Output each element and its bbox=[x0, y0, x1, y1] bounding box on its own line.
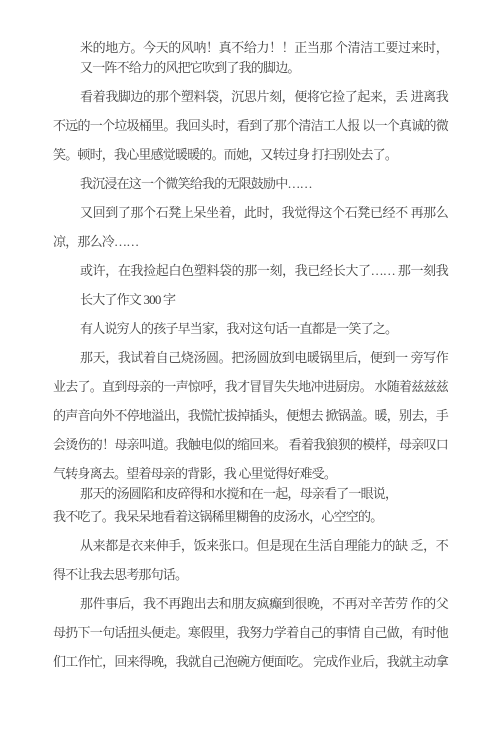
text-line: 米的地方。今天的风呐！真不给力！！正当那 个清洁工要过来时， bbox=[53, 38, 448, 58]
text-line: 看着我脚边的那个塑料袋，沉思片刻，便将它捡了起来，丢 进离我 bbox=[53, 87, 448, 107]
text-line: 我沉浸在这一个微笑给我的无限鼓励中…… bbox=[53, 174, 448, 194]
text-line: 长大了作文 300 字 bbox=[53, 290, 448, 310]
text-line: 凉，那么冷…… bbox=[53, 232, 448, 252]
text-line: 有人说穷人的孩子早当家，我对这句话一直都是一笑了之。 bbox=[53, 319, 448, 339]
text-line: 母扔下一句话扭头便走。寒假里，我努力学着自己的事情 自己做，有时他 bbox=[53, 623, 448, 643]
text-line: 得不让我去思考那句话。 bbox=[53, 565, 448, 585]
text-line: 从来都是衣来伸手，饭来张口。但是现在生活自理能力的缺 乏，不 bbox=[53, 536, 448, 556]
document-page: 米的地方。今天的风呐！真不给力！！正当那 个清洁工要过来时， 又一阵不给力的风把… bbox=[0, 0, 500, 739]
text-line: 笑。顿时，我心里感觉暖暖的。而她，又转过身 打扫别处去了。 bbox=[53, 145, 448, 165]
text-line: 会烫伤的！母亲叫道。我触电似的缩回来。 看着我狼狈的模样，母亲叹口 bbox=[53, 435, 448, 455]
text-line: 气转身离去。望着母亲的背影，我 心里觉得好难受。 bbox=[53, 464, 448, 484]
text-line: 又回到了那个石凳上呆坐着，此时，我觉得这个石凳已经不 再那么 bbox=[53, 203, 448, 223]
text-line: 或许，在我捡起白色塑料袋的那一刻，我已经长大了…… 那一刻我 bbox=[53, 261, 448, 281]
text-line: 业去了。直到母亲的一声惊呼，我才冒冒失失地冲进厨房。 水随着兹兹兹 bbox=[53, 377, 448, 397]
essay-text-block: 米的地方。今天的风呐！真不给力！！正当那 个清洁工要过来时， 又一阵不给力的风把… bbox=[53, 38, 448, 672]
text-line: 我不吃了。我呆呆地看着这锅稀里糊鲁的皮汤水，心空空的。 bbox=[53, 507, 448, 527]
text-line: 们工作忙，回来得晚，我就自己泡碗方便面吃。 完成作业后，我就主动拿 bbox=[53, 652, 448, 672]
text-line: 那天的汤圆陷和皮碎得和水搅和在一起，母亲看了一眼说， bbox=[53, 484, 448, 504]
text-line: 那天，我试着自己烧汤圆。把汤圆放到电暖锅里后，便到一 旁写作 bbox=[53, 348, 448, 368]
text-line: 那件事后，我不再跑出去和朋友疯癫到很晚，不再对辛苦劳 作的父 bbox=[53, 594, 448, 614]
text-line: 又一阵不给力的风把它吹到了我的脚边。 bbox=[53, 58, 448, 78]
text-line: 的声音向外不停地溢出，我慌忙拔掉插头，便想去 掀锅盖。暖，别去，手 bbox=[53, 406, 448, 426]
text-line: 不远的一个垃圾桶里。我回头时，看到了那个清洁工人报 以一个真诚的微 bbox=[53, 116, 448, 136]
